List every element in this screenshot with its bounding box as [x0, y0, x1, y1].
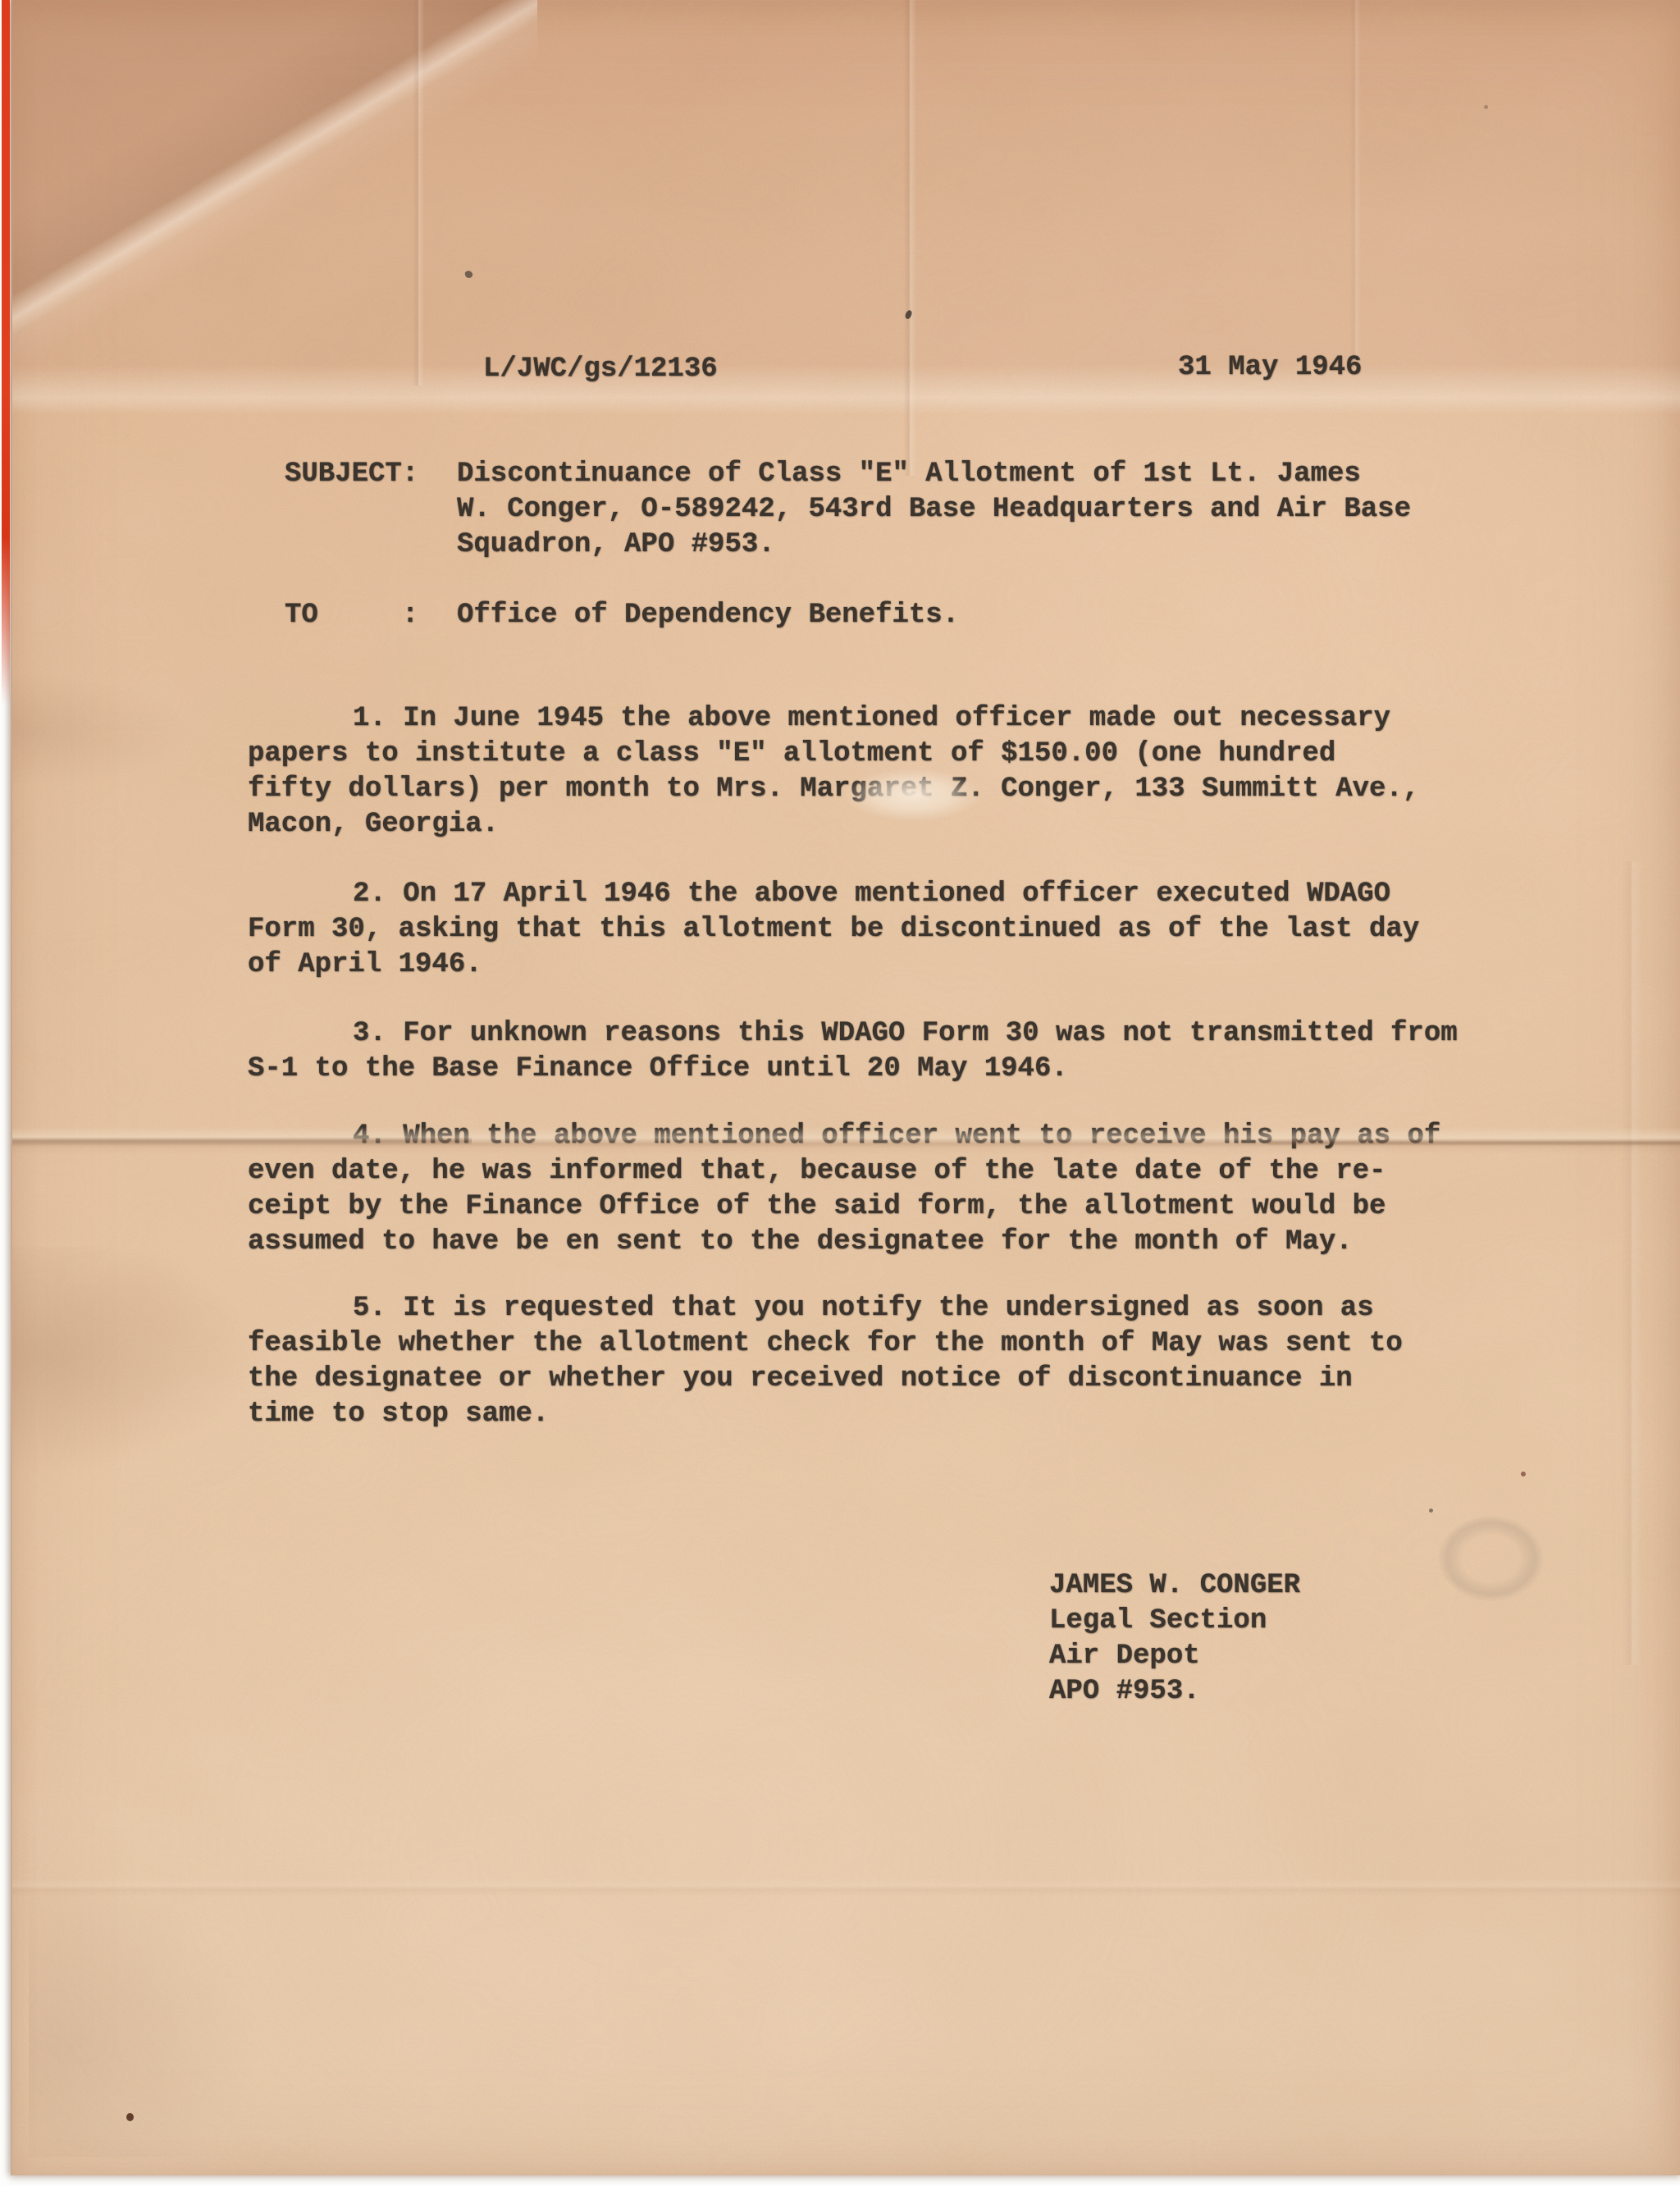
letter-date: 31 May 1946	[1178, 350, 1362, 386]
signature-organization: Air Depot	[1049, 1639, 1300, 1674]
scanned-letter-page: L/JWC/gs/12136 31 May 1946 SUBJECT: Disc…	[0, 0, 1680, 2186]
reference-number: L/JWC/gs/12136	[483, 352, 718, 387]
ink-speck-right-2	[1429, 1508, 1433, 1513]
ink-smudge-over-name	[824, 761, 1001, 828]
ink-speck-bottom-left	[126, 2113, 134, 2121]
signature-apo: APO #953.	[1049, 1674, 1300, 1709]
crease-vertical-left	[413, 0, 424, 386]
crease-middle-dark-right	[1267, 1139, 1680, 1146]
letter-paper: L/JWC/gs/12136 31 May 1946 SUBJECT: Disc…	[11, 0, 1680, 2175]
paragraph-3: 3. For unknown reasons this WDAGO Form 3…	[248, 1016, 1503, 1087]
crease-vertical-right-lower	[1622, 861, 1641, 1665]
crease-vertical-right	[1349, 0, 1361, 369]
signature-name: JAMES W. CONGER	[1049, 1568, 1300, 1604]
wrinkle-left-bottom	[29, 1870, 258, 2157]
ink-speck-right-1	[1521, 1472, 1526, 1476]
crease-vertical-center	[903, 0, 916, 476]
ring-stain	[1436, 1513, 1546, 1604]
to-recipient: Office of Dependency Benefits.	[457, 598, 959, 633]
signature-section: Legal Section	[1049, 1604, 1300, 1639]
to-label: TO :	[285, 598, 418, 633]
crease-horizontal-lower	[12, 1878, 1680, 1896]
scan-edge-red-strip	[2, 0, 10, 705]
wrinkle-left-upper	[12, 673, 193, 787]
subject-label: SUBJECT:	[285, 457, 418, 492]
ink-speck-top-right	[1484, 105, 1488, 109]
paragraph-5: 5. It is requested that you notify the u…	[248, 1291, 1503, 1432]
wrinkle-left-middle	[12, 1247, 275, 1485]
signature-block: JAMES W. CONGER Legal Section Air Depot …	[1049, 1568, 1300, 1709]
crease-middle-dark-left	[12, 1137, 472, 1145]
crease-top-left-diagonal	[12, 0, 537, 386]
paragraph-2: 2. On 17 April 1946 the above mentioned …	[248, 877, 1503, 983]
subject-text: Discontinuance of Class "E" Allotment of…	[457, 457, 1491, 563]
